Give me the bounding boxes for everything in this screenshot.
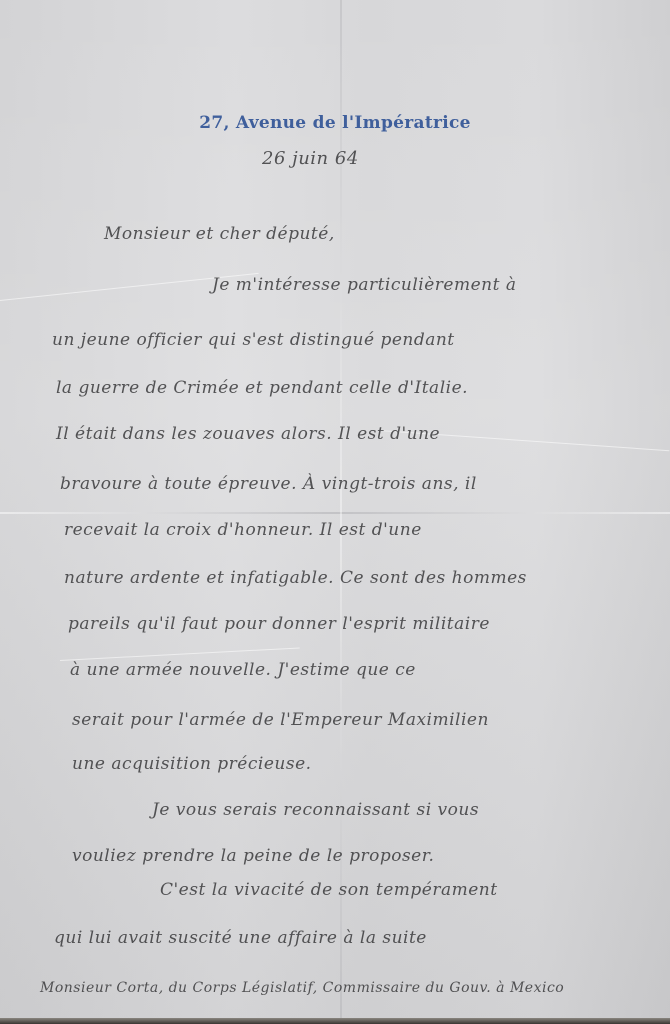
- letter-line-15: qui lui avait suscité une affaire à la s…: [54, 928, 427, 948]
- letter-line-13: vouliez prendre la peine de le proposer.: [72, 846, 434, 866]
- letter-line-1: Je m'intéresse particulièrement à: [212, 275, 516, 295]
- recipient-footer: Monsieur Corta, du Corps Législatif, Com…: [40, 980, 564, 996]
- letter-line-9: à une armée nouvelle. J'estime que ce: [70, 660, 416, 680]
- letter-line-10: serait pour l'armée de l'Empereur Maximi…: [72, 710, 489, 730]
- letter-line-7: nature ardente et infatigable. Ce sont d…: [64, 568, 527, 588]
- letter-line-5: bravoure à toute épreuve. À vingt-trois …: [60, 474, 477, 494]
- letter-line-11: une acquisition précieuse.: [72, 754, 312, 774]
- letter-line-4: Il était dans les zouaves alors. Il est …: [56, 424, 440, 444]
- letter-line-8: pareils qu'il faut pour donner l'esprit …: [68, 614, 490, 634]
- frame-edge: [0, 1018, 670, 1024]
- paper-crease: [60, 647, 300, 661]
- letter-line-12: Je vous serais reconnaissant si vous: [152, 800, 479, 820]
- letter-line-6: recevait la croix d'honneur. Il est d'un…: [64, 520, 422, 540]
- letter-date: 26 juin 64: [262, 148, 359, 169]
- letter-line-2: un jeune officier qui s'est distingué pe…: [52, 330, 455, 350]
- letter-line-3: la guerre de Crimée et pendant celle d'I…: [56, 378, 468, 398]
- letter-page: 27, Avenue de l'Impératrice 26 juin 64 M…: [0, 0, 670, 1024]
- horizontal-fold: [0, 512, 670, 514]
- letter-line-14: C'est la vivacité de son tempérament: [160, 880, 498, 900]
- letterhead-address: 27, Avenue de l'Impératrice: [0, 113, 670, 133]
- salutation: Monsieur et cher député,: [104, 224, 335, 244]
